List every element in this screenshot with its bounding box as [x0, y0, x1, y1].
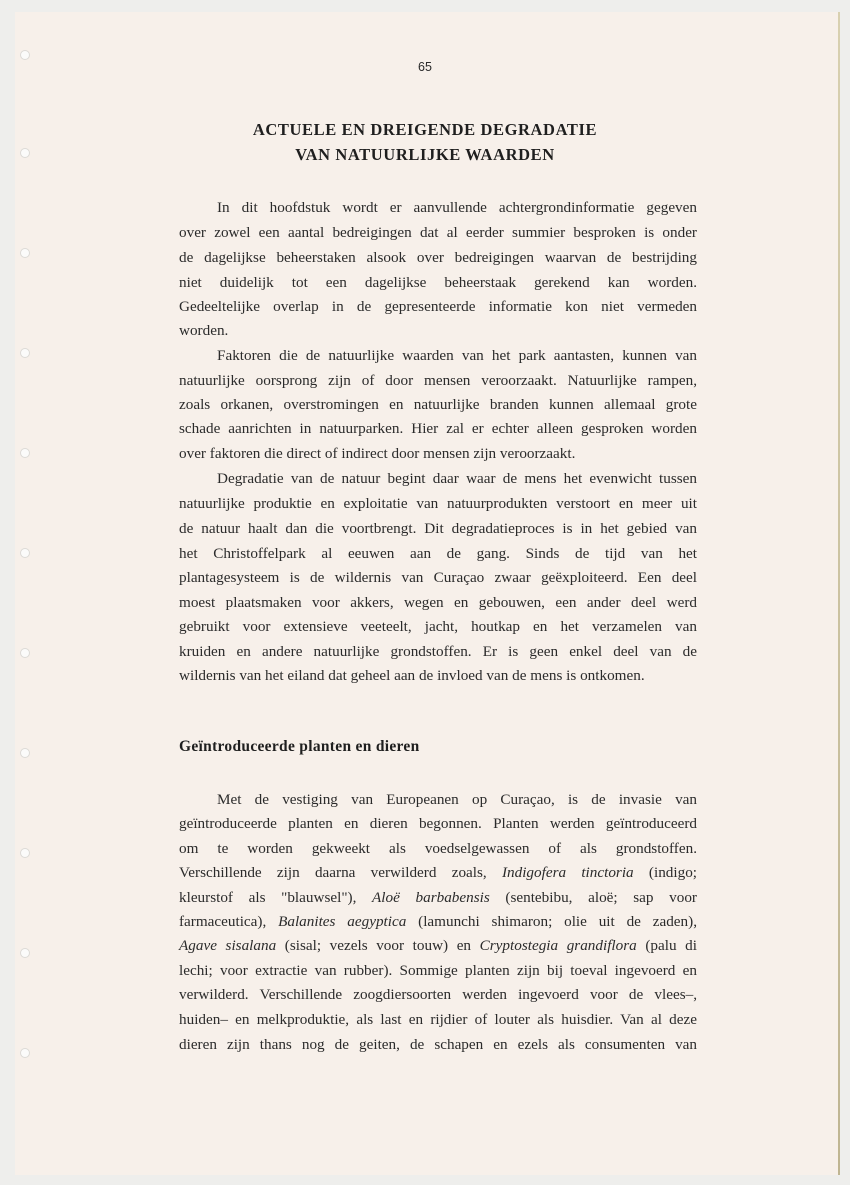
text-line: kruiden en andere natuurlijke grondstoff… [179, 643, 697, 661]
species-name: Aloë barbabensis [372, 889, 490, 906]
species-name: Balanites aegyptica [278, 913, 406, 930]
punch-hole-icon [20, 748, 30, 758]
text-span: kleurstof als "blauwsel"), [179, 889, 372, 906]
text-line: Met de vestiging van Europeanen op Curaç… [217, 791, 697, 809]
section-heading: Geïntroduceerde planten en dieren [179, 738, 420, 756]
text-line: moest plaatsmaken voor akkers, wegen en … [179, 594, 697, 612]
text-line: farmaceutica), Balanites aegyptica (lamu… [179, 913, 697, 931]
text-line: Gedeeltelijke overlap in de gepresenteer… [179, 298, 697, 316]
text-line: de dagelijkse beheerstaken alsook over b… [179, 249, 697, 267]
text-line: Degradatie van de natuur begint daar waa… [217, 470, 697, 488]
text-line: In dit hoofdstuk wordt er aanvullende ac… [217, 199, 697, 217]
text-span: farmaceutica), [179, 913, 278, 930]
species-name: Cryptostegia grandiflora [480, 937, 637, 954]
punch-hole-icon [20, 648, 30, 658]
text-line: Verschillende zijn daarna verwilderd zoa… [179, 864, 697, 882]
text-line: geïntroduceerde planten en dieren begonn… [179, 815, 697, 833]
text-line: verwilderd. Verschillende zoogdiersoorte… [179, 986, 697, 1004]
species-name: Indigofera tinctoria [502, 864, 634, 881]
text-line: om te worden gekweekt als voedselgewasse… [179, 840, 697, 858]
text-span: (sentebibu, aloë; sap voor [490, 889, 697, 906]
punch-hole-icon [20, 348, 30, 358]
chapter-title-line-2: VAN NATUURLIJKE WAARDEN [0, 145, 850, 165]
text-line: worden. [179, 322, 697, 340]
punch-hole-icon [20, 848, 30, 858]
text-line: huiden– en melkproduktie, als last en ri… [179, 1011, 697, 1029]
text-line: over faktoren die direct of indirect doo… [179, 445, 697, 463]
text-span: (palu di [637, 937, 697, 954]
text-line: Faktoren die de natuurlijke waarden van … [217, 347, 697, 365]
punch-hole-icon [20, 948, 30, 958]
text-line: schade aanrichten in natuurparken. Hier … [179, 420, 697, 438]
chapter-title-line-1: ACTUELE EN DREIGENDE DEGRADATIE [0, 120, 850, 140]
page-number: 65 [0, 60, 850, 74]
text-line: de natuur haalt dan die voortbrengt. Dit… [179, 520, 697, 538]
text-span: Verschillende zijn daarna verwilderd zoa… [179, 864, 502, 881]
text-line: plantagesysteem is de wildernis van Cura… [179, 569, 697, 587]
text-line: natuurlijke produktie en exploitatie van… [179, 495, 697, 513]
text-line: wildernis van het eiland dat geheel aan … [179, 667, 697, 685]
punch-hole-icon [20, 50, 30, 60]
punch-hole-icon [20, 248, 30, 258]
text-line: niet duidelijk tot een dagelijkse beheer… [179, 274, 697, 292]
text-line: lechi; voor extractie van rubber). Sommi… [179, 962, 697, 980]
text-span: (sisal; vezels voor touw) en [276, 937, 479, 954]
text-line: dieren zijn thans nog de geiten, de scha… [179, 1036, 697, 1054]
text-line: Agave sisalana (sisal; vezels voor touw)… [179, 937, 697, 955]
punch-hole-icon [20, 1048, 30, 1058]
text-span: (lamunchi shimaron; olie uit de zaden), [406, 913, 697, 930]
text-line: het Christoffelpark al eeuwen aan de gan… [179, 545, 697, 563]
text-line: gebruikt voor extensieve veeteelt, jacht… [179, 618, 697, 636]
species-name: Agave sisalana [179, 937, 276, 954]
page-edge [838, 12, 840, 1175]
punch-hole-icon [20, 448, 30, 458]
text-line: natuurlijke oorsprong zijn of door mense… [179, 372, 697, 390]
text-line: zoals orkanen, overstromingen en natuurl… [179, 396, 697, 414]
text-line: kleurstof als "blauwsel"), Aloë barbaben… [179, 889, 697, 907]
punch-hole-icon [20, 548, 30, 558]
text-span: (indigo; [634, 864, 697, 881]
text-line: over zowel een aantal bedreigingen dat a… [179, 224, 697, 242]
